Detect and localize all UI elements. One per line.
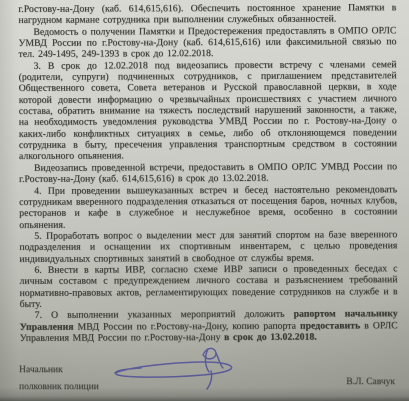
signee-name: В.Л. Савчук [346,377,395,387]
text-segment: Видеозапись проведенной встречи, предост… [19,161,397,185]
text-segment: 7. О выполнении указанных мероприятий до… [35,309,294,321]
paragraph: Ведомость о получении Памятки и Предосте… [18,25,396,61]
signature-block: Начальник полковник полиции В.Л. Савчук [19,362,397,398]
text-segment: 5. Проработать вопрос о выделении мест д… [19,229,397,264]
paragraph: 7. О выполнении указанных мероприятий до… [20,308,398,344]
paragraph: 6. Внести в карты ИВР, согласно схеме ИВ… [19,263,397,310]
handwritten-signature-icon [107,342,257,392]
document-body: г.Ростову-на-Дону (каб. 614,615,616). Об… [18,2,397,344]
paragraph: г.Ростову-на-Дону (каб. 614,615,616). Об… [18,2,396,26]
text-segment: МВД России по г.Ростову-на-Дону, копию р… [74,320,300,332]
text-segment: Ведомость о получении Памятки и Предосте… [18,25,396,60]
paragraph: 5. Проработать вопрос о выделении мест д… [19,229,397,265]
paragraph: 4. При проведении вышеуказанных встреч и… [19,184,397,231]
text-segment: 6. Внести в карты ИВР, согласно схеме ИВ… [19,263,397,310]
text-segment: 4. При проведении вышеуказанных встреч и… [19,184,397,231]
text-segment: г.Ростову-на-Дону (каб. 614,615,616). Об… [18,2,396,26]
bold-text-segment: предоставить [300,320,360,331]
paragraph: 3. В срок до 12.02.2018 под видеозапись … [19,59,397,163]
text-segment: 3. В срок до 12.02.2018 под видеозапись … [19,59,397,162]
paragraph: Видеозапись проведенной встречи, предост… [19,161,397,185]
scanned-document-page: г.Ростову-на-Дону (каб. 614,615,616). Об… [0,0,409,401]
